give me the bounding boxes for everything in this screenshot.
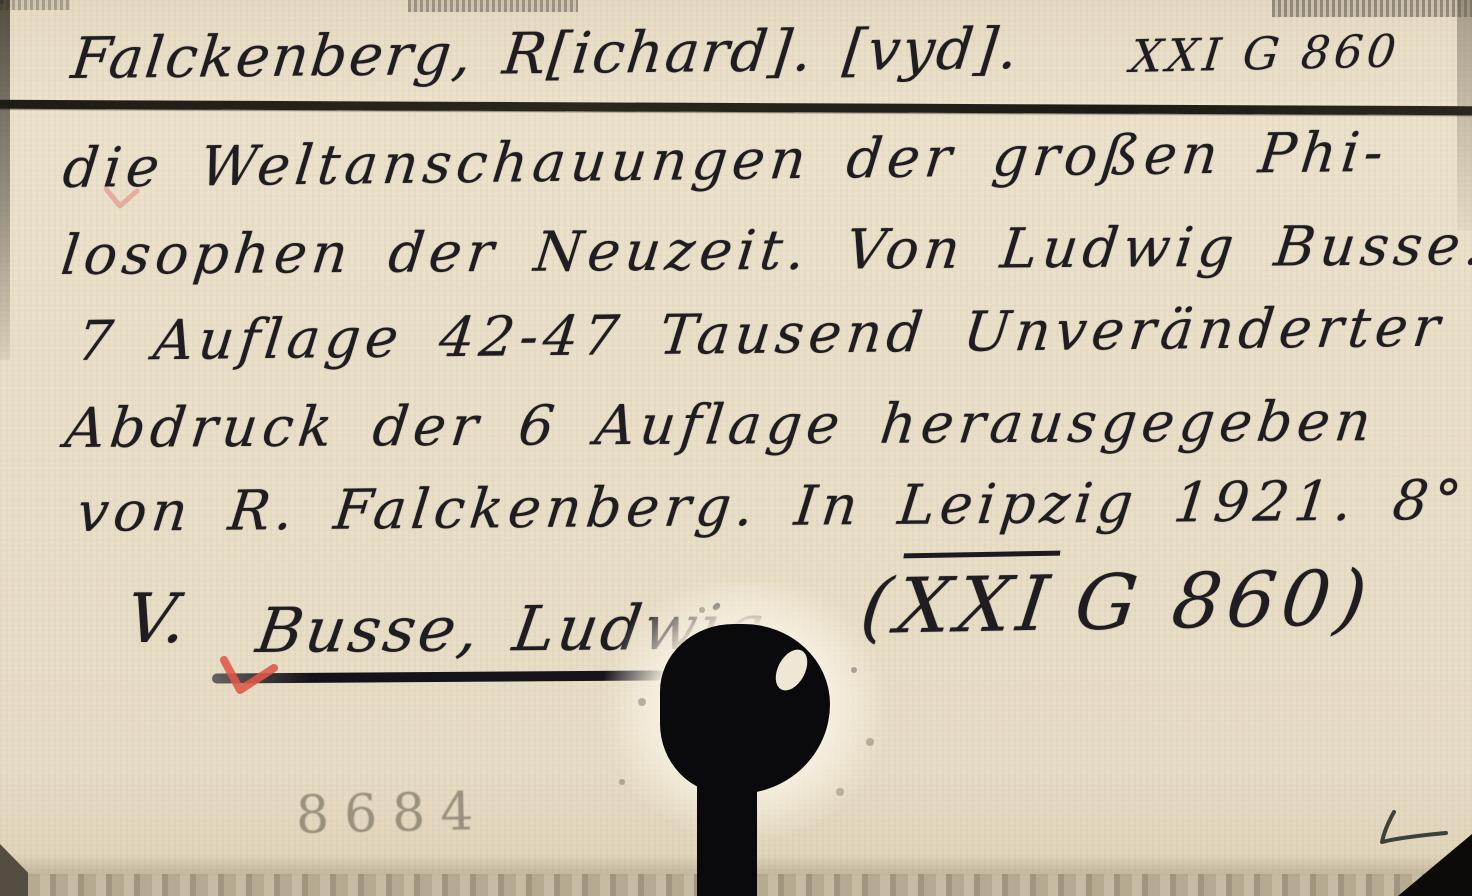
- roman-numeral-overlined: XXI: [892, 551, 1061, 651]
- description-line: von R. Falckenberg. In Leipzig 1921. 8°: [74, 468, 1470, 544]
- description-line: 7 Auflage 42-47 Tausend Unveränderter: [74, 295, 1448, 373]
- ink-blot-highlight: [769, 644, 813, 696]
- scan-edge-top: [408, 0, 578, 12]
- description-line: losophen der Neuzeit. Von Ludwig Busse.: [58, 213, 1472, 287]
- description-line: Abdruck der 6 Auflage herausgegeben: [62, 389, 1379, 460]
- cross-reference-prefix: V.: [122, 580, 191, 659]
- accession-stamp-number: 8684: [295, 782, 489, 846]
- shelfmark-parenthesised: (XXIG 860): [856, 553, 1378, 651]
- shelfmark-rest: G 860: [1070, 554, 1341, 648]
- description-line: die Weltanschauungen der großen Phi-: [60, 120, 1391, 200]
- catalog-card-scan: Falckenberg, R[ichard]. [vyd]. XXI G 860…: [0, 0, 1472, 896]
- scan-corner-bottom-left: [0, 844, 28, 896]
- red-check-mark: [218, 648, 282, 700]
- scan-edge-top-left: [0, 0, 70, 10]
- author-heading: Falckenberg, R[ichard]. [vyd].: [68, 16, 1023, 92]
- pink-caret-mark: [104, 186, 140, 212]
- scan-edge-top-right: [1272, 0, 1472, 17]
- ink-speckles: [0, 0, 4, 4]
- heading-rule: [0, 100, 1472, 115]
- pencil-check-mark: [1362, 806, 1454, 864]
- scan-edge-left: [0, 0, 10, 360]
- shelfmark: XXI G 860: [1128, 24, 1402, 83]
